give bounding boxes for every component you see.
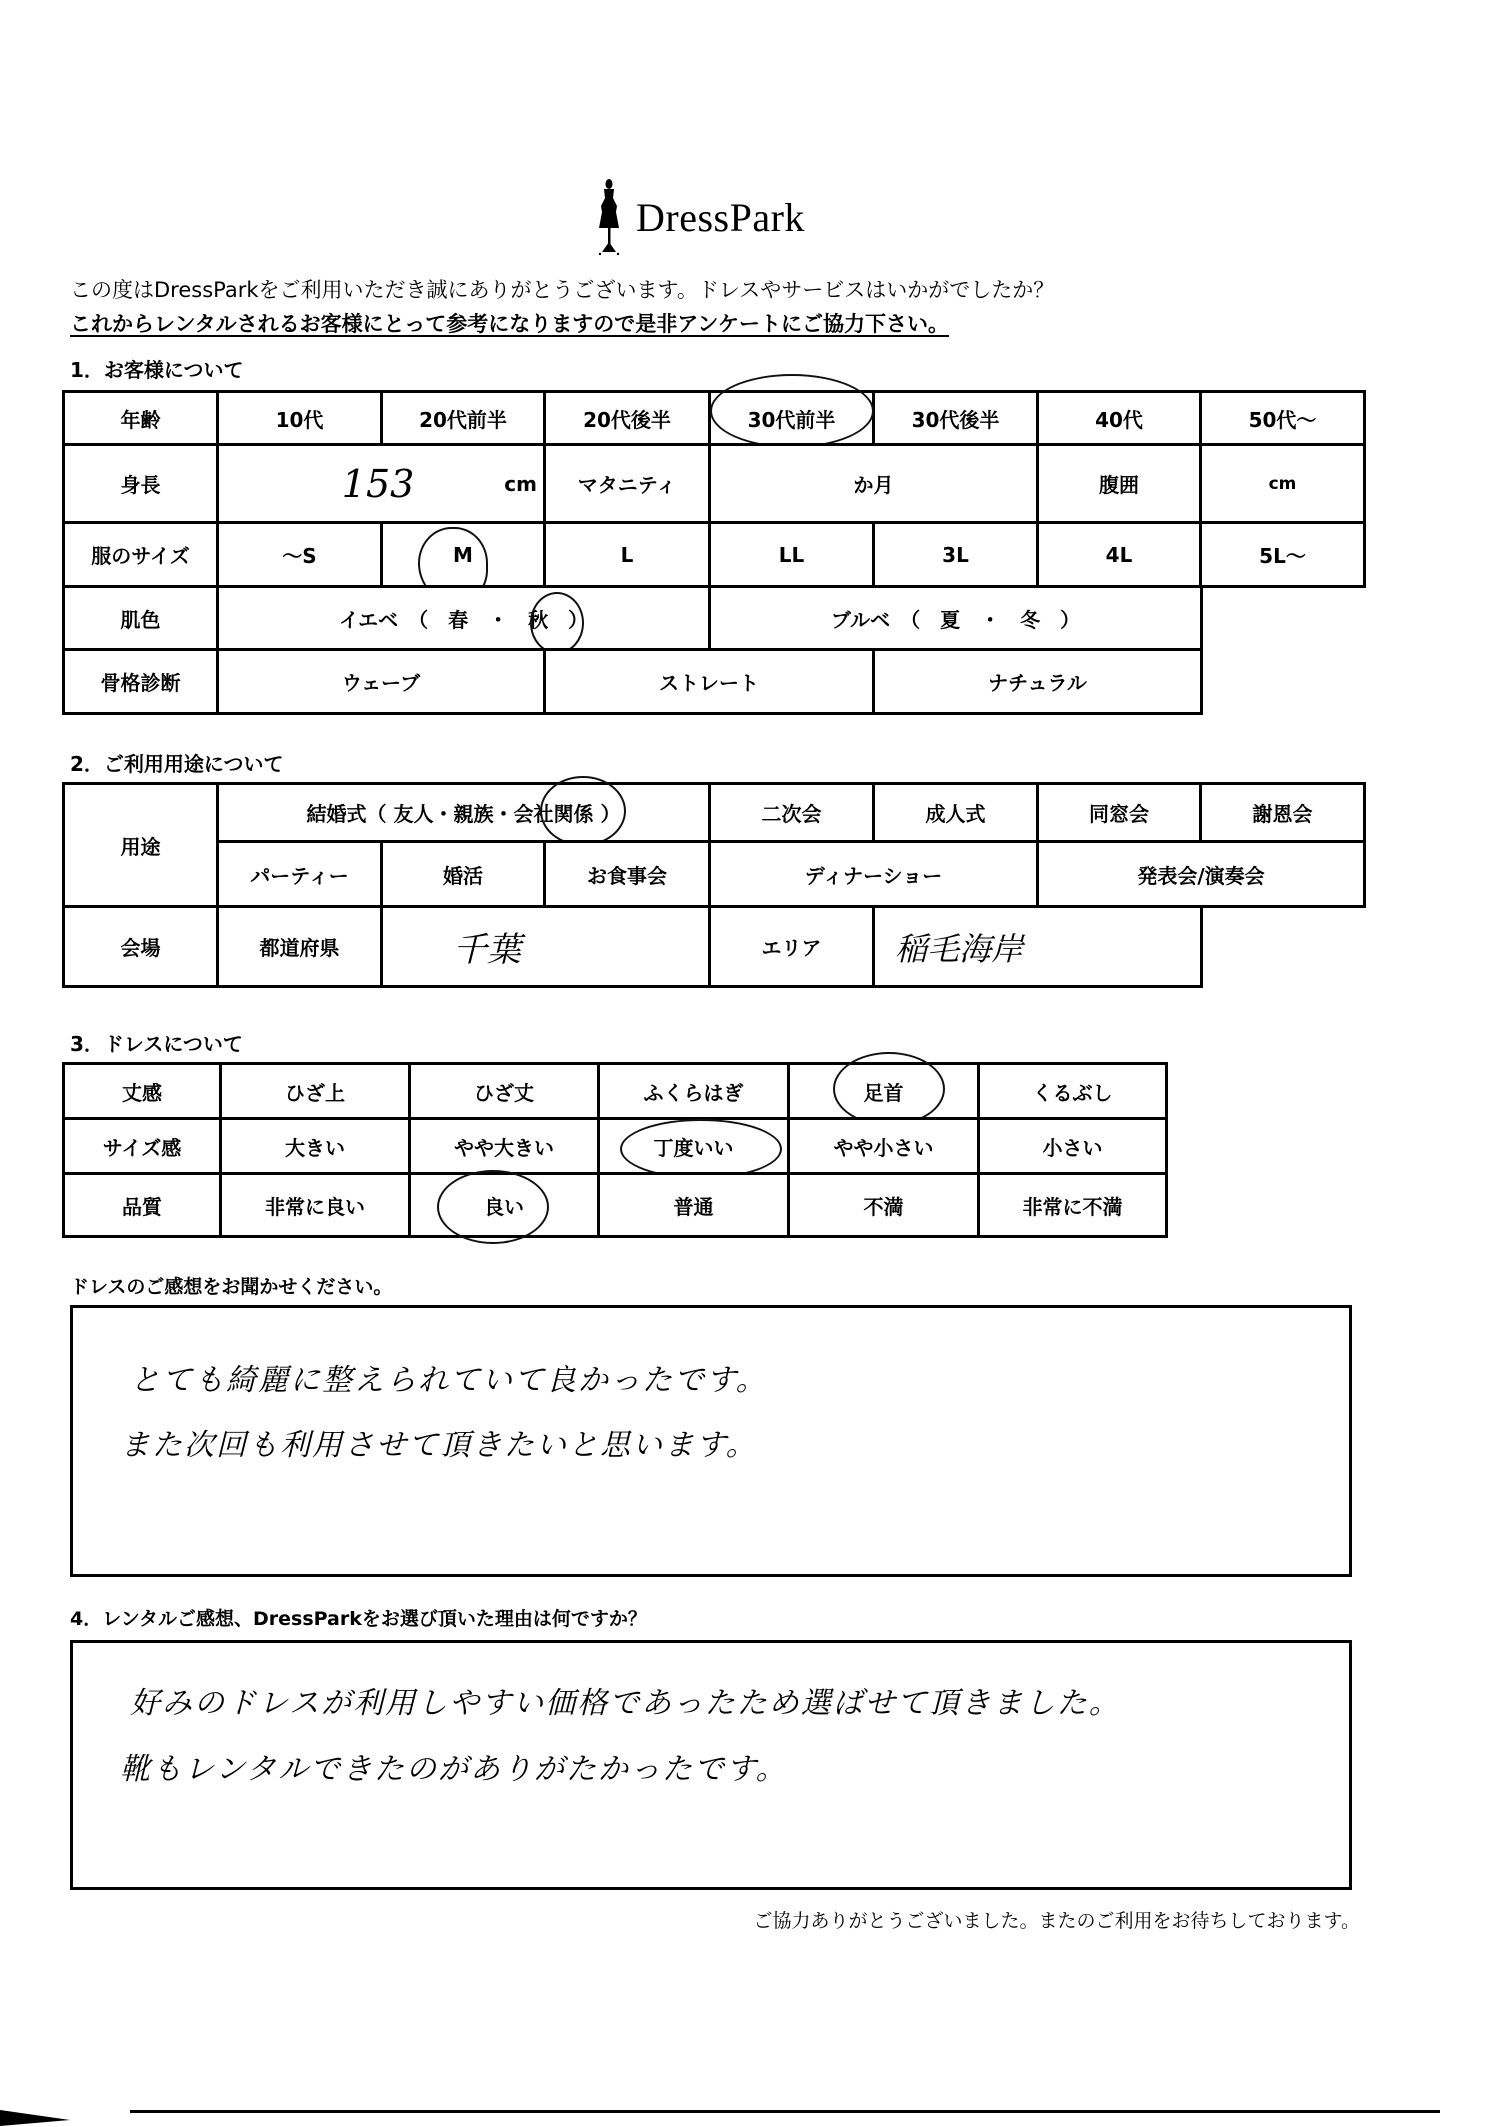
age-option[interactable]: 30代後半 <box>872 390 1039 446</box>
section3-title: 3．ドレスについて <box>70 1028 243 1057</box>
skin-label: 肌色 <box>62 585 219 651</box>
area-field[interactable]: 稲毛海岸 <box>872 905 1203 988</box>
size-option[interactable]: 3L <box>872 521 1039 588</box>
size-label: 服のサイズ <box>62 521 219 588</box>
height-label: 身長 <box>62 443 219 524</box>
rental-comment-line: 靴もレンタルできたのがありがたかったです。 <box>120 1744 788 1788</box>
size-option[interactable]: 4L <box>1036 521 1202 588</box>
section2-title: 2．ご利用用途について <box>70 748 284 777</box>
length-label: 丈感 <box>62 1062 222 1120</box>
section4-title: 4．レンタルご感想、DressParkをお選び頂いた理由は何ですか？ <box>70 1604 647 1631</box>
quality-label: 品質 <box>62 1172 222 1238</box>
size-option-selected[interactable]: M <box>380 521 546 588</box>
purpose-option[interactable]: お食事会 <box>543 840 711 908</box>
purpose-option[interactable]: 婚活 <box>380 840 546 908</box>
height-unit: cm <box>504 472 537 496</box>
purpose-option[interactable]: 同窓会 <box>1036 782 1202 843</box>
quality-option[interactable]: 不満 <box>787 1172 980 1238</box>
prefecture-field[interactable]: 千葉 <box>380 905 711 988</box>
thanks-message: ご協力ありがとうございました。またのご利用をお待ちしております。 <box>754 1906 1360 1933</box>
area-label: エリア <box>708 905 875 988</box>
quality-option-selected[interactable]: 良い <box>408 1172 600 1238</box>
maternity-field[interactable]: か月 <box>708 443 1039 524</box>
size-option[interactable]: 5L～ <box>1199 521 1366 588</box>
purpose-option[interactable]: パーティー <box>216 840 383 908</box>
section1-title: 1．お客様について <box>70 354 244 383</box>
fit-option[interactable]: やや大きい <box>408 1117 600 1175</box>
skeleton-label: 骨格診断 <box>62 648 219 715</box>
purpose-option[interactable]: 謝恩会 <box>1199 782 1366 843</box>
length-option-selected[interactable]: 足首 <box>787 1062 980 1120</box>
skeleton-option[interactable]: ウェーブ <box>216 648 546 715</box>
age-option[interactable]: 10代 <box>216 390 383 446</box>
length-option[interactable]: ひざ上 <box>219 1062 411 1120</box>
height-value: 153 <box>342 462 415 506</box>
length-option[interactable]: ふくらはぎ <box>597 1062 790 1120</box>
skin-blue-option[interactable]: ブルベ （ 夏 ・ 冬 ） <box>708 585 1203 651</box>
wedding-option[interactable]: 結婚式（ 友人・親族・会社関係 ） <box>216 782 711 843</box>
quality-option[interactable]: 普通 <box>597 1172 790 1238</box>
prefecture-value: 千葉 <box>453 922 521 971</box>
size-option[interactable]: ～S <box>216 521 383 588</box>
waist-label: 腹囲 <box>1036 443 1202 524</box>
purpose-option[interactable]: ディナーショー <box>708 840 1039 908</box>
quality-option[interactable]: 非常に不満 <box>977 1172 1168 1238</box>
quality-option[interactable]: 非常に良い <box>219 1172 411 1238</box>
age-option-selected[interactable]: 30代前半 <box>708 390 875 446</box>
purpose-option[interactable]: 発表会/演奏会 <box>1036 840 1366 908</box>
age-option[interactable]: 40代 <box>1036 390 1202 446</box>
size-option[interactable]: LL <box>708 521 875 588</box>
intro-text: この度はDressParkをご利用いただき誠にありがとうございます。ドレスやサー… <box>70 274 1054 304</box>
dresspark-logo: DressPark <box>592 178 805 256</box>
dress-comment-line: とても綺麗に整えられていて良かったです。 <box>130 1355 768 1399</box>
fit-label: サイズ感 <box>62 1117 222 1175</box>
maternity-unit: か月 <box>854 469 894 498</box>
age-option[interactable]: 20代後半 <box>543 390 711 446</box>
footer-divider <box>130 2110 1440 2113</box>
age-label: 年齢 <box>62 390 219 446</box>
purpose-option[interactable]: 成人式 <box>872 782 1039 843</box>
dress-comment-prompt: ドレスのご感想をお聞かせください。 <box>70 1272 392 1299</box>
maternity-label: マタニティ <box>543 443 711 524</box>
purpose-option[interactable]: 二次会 <box>708 782 875 843</box>
purpose-label: 用途 <box>62 782 219 908</box>
skeleton-option[interactable]: ストレート <box>543 648 875 715</box>
skeleton-option[interactable]: ナチュラル <box>872 648 1203 715</box>
dress-mannequin-icon <box>592 178 626 256</box>
size-option[interactable]: L <box>543 521 711 588</box>
age-option[interactable]: 50代～ <box>1199 390 1366 446</box>
fit-option-selected[interactable]: 丁度いい <box>597 1117 790 1175</box>
fit-option[interactable]: 大きい <box>219 1117 411 1175</box>
waist-field[interactable]: cm <box>1199 443 1366 524</box>
height-field[interactable]: 153 cm <box>216 443 546 524</box>
length-option[interactable]: くるぶし <box>977 1062 1168 1120</box>
scan-corner-mark <box>0 2110 70 2126</box>
waist-unit: cm <box>1269 474 1297 494</box>
venue-label: 会場 <box>62 905 219 988</box>
dress-comment-line: また次回も利用させて頂きたいと思います。 <box>120 1420 758 1464</box>
intro-request: これからレンタルされるお客様にとって参考になりますので是非アンケートにご協力下さ… <box>70 308 949 338</box>
rental-comment-line: 好みのドレスが利用しやすい価格であったため選ばせて頂きました。 <box>130 1678 1121 1722</box>
length-option[interactable]: ひざ丈 <box>408 1062 600 1120</box>
area-value: 稲毛海岸 <box>895 924 1023 970</box>
logo-text: DressPark <box>636 194 805 241</box>
fit-option[interactable]: 小さい <box>977 1117 1168 1175</box>
skin-yellow-option[interactable]: イエベ （ 春 ・ 秋 ） <box>216 585 711 651</box>
prefecture-label: 都道府県 <box>216 905 383 988</box>
fit-option[interactable]: やや小さい <box>787 1117 980 1175</box>
age-option[interactable]: 20代前半 <box>380 390 546 446</box>
